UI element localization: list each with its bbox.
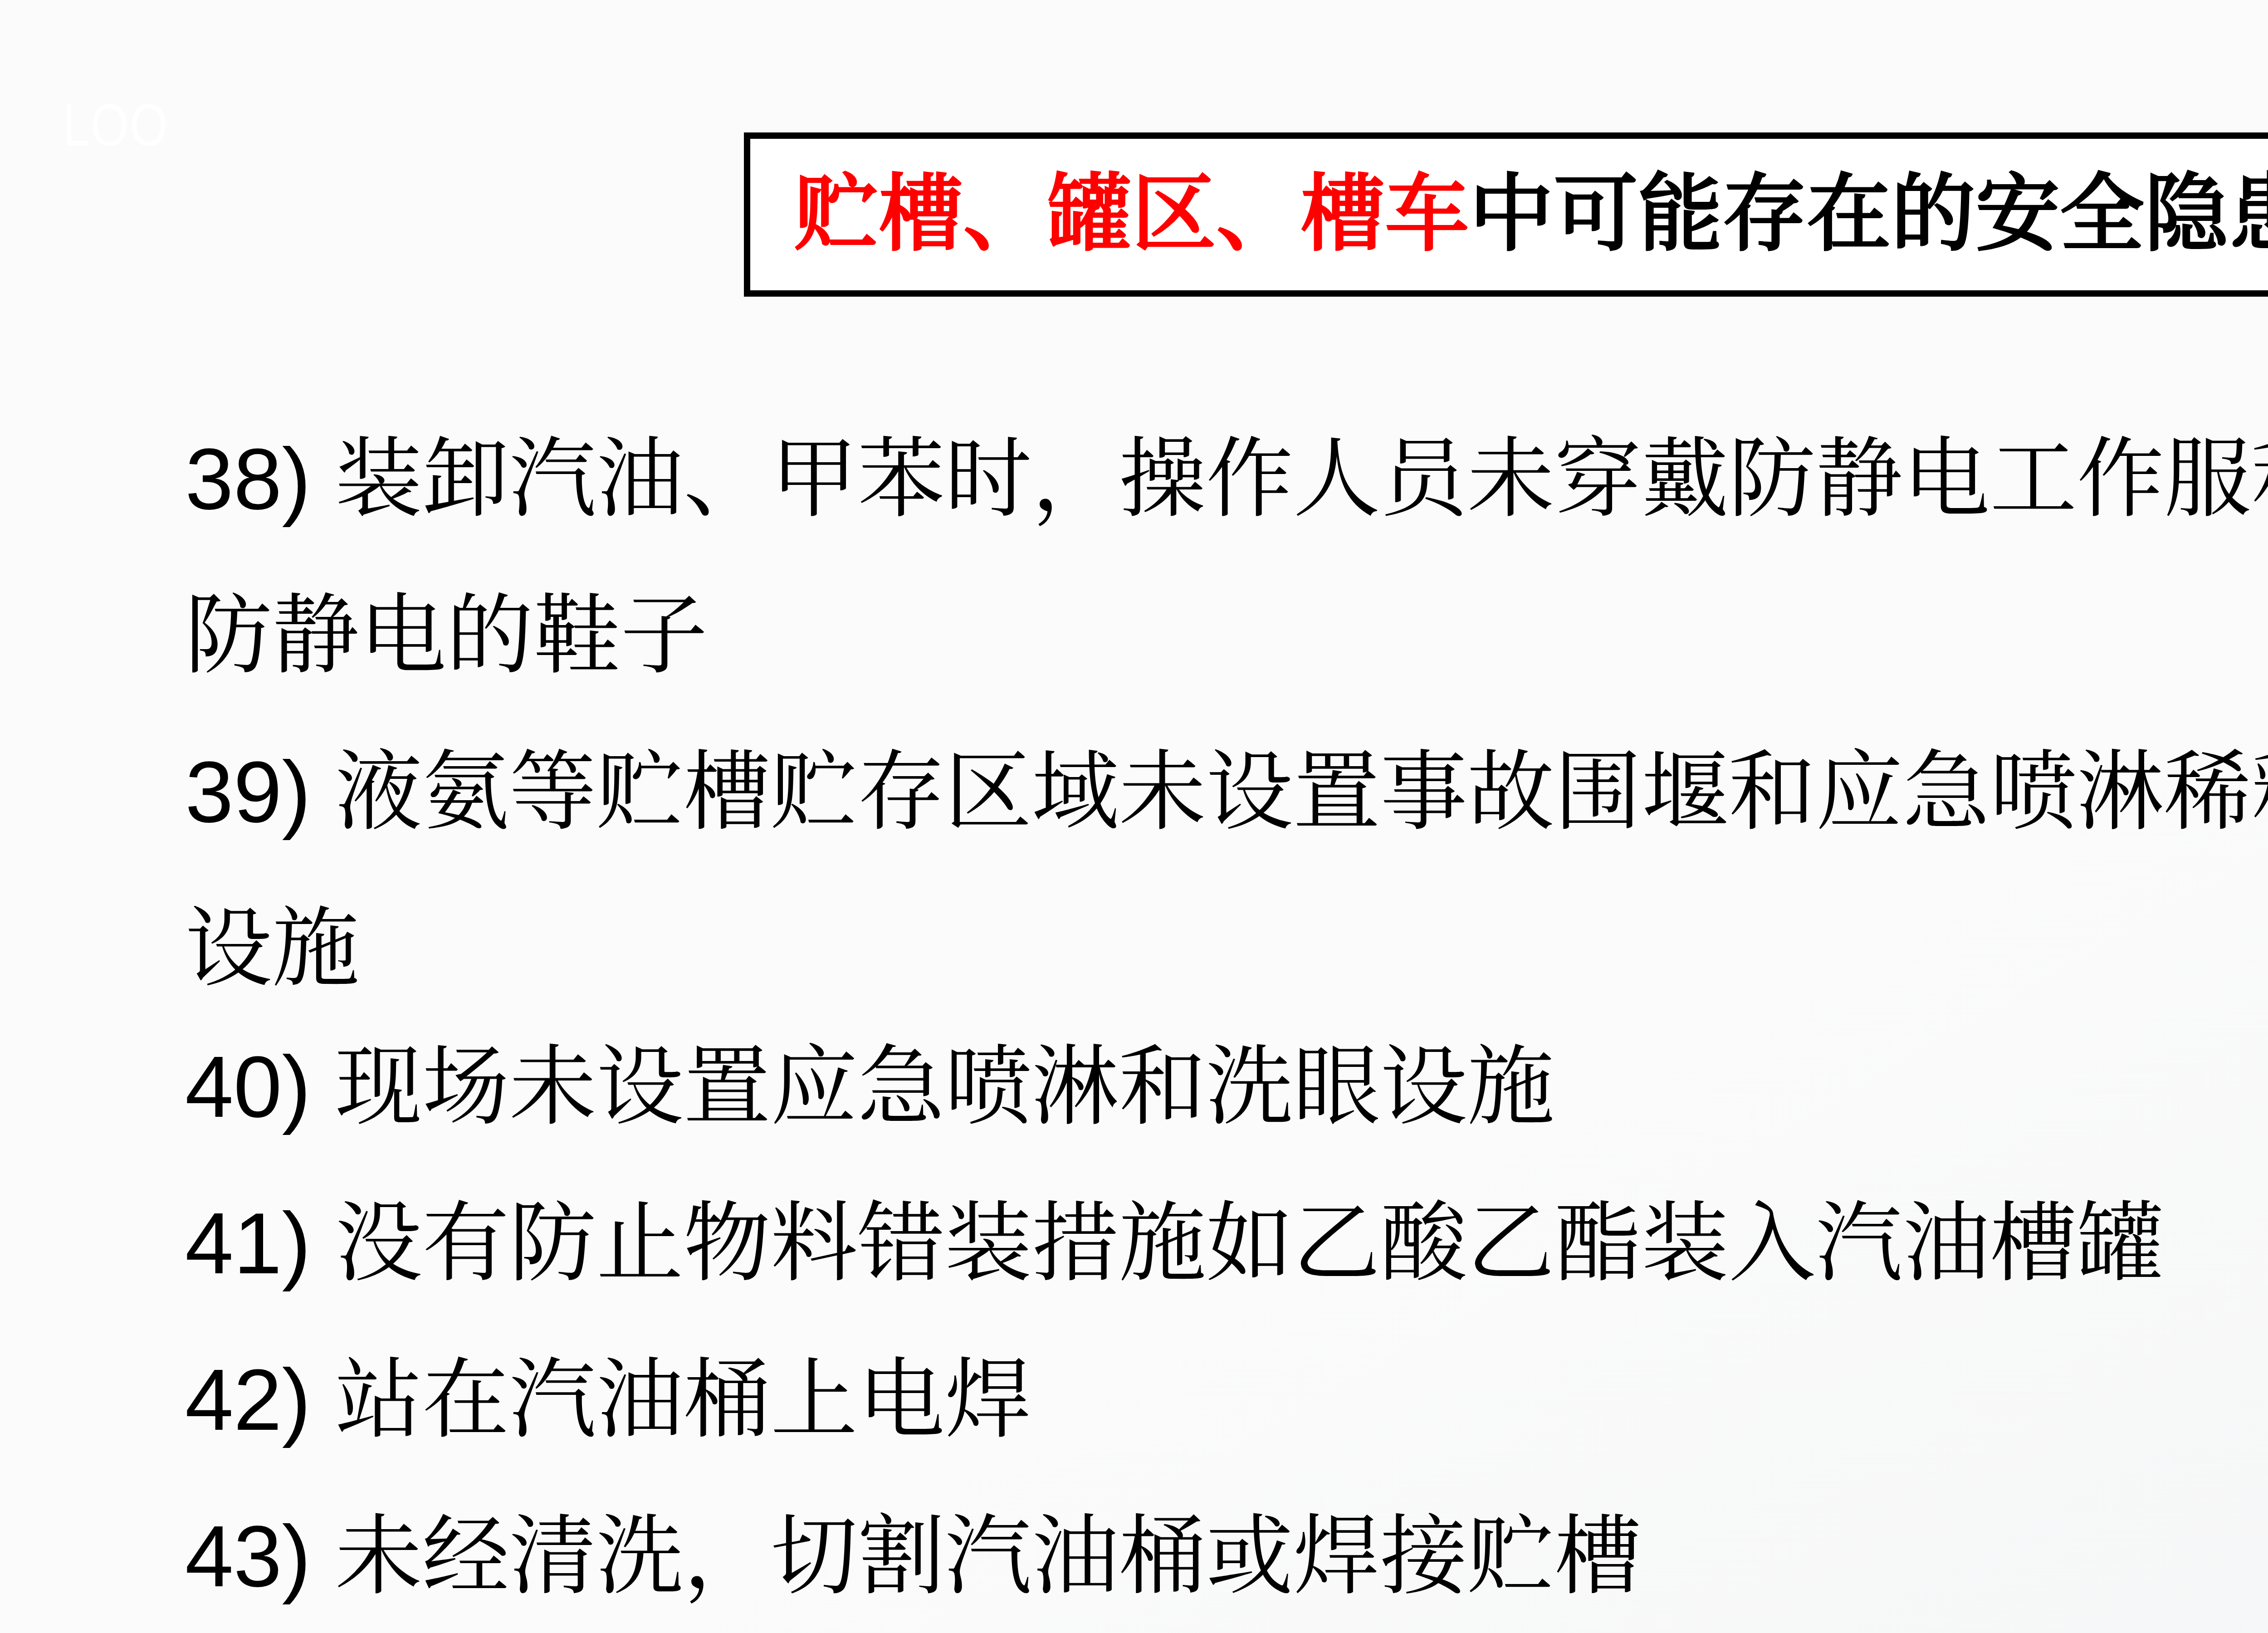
list-item-38: 38) 装卸汽油、甲苯时，操作人员未穿戴防静电工作服和 防静电的鞋子 bbox=[185, 401, 2268, 714]
list-item-line: 38) 装卸汽油、甲苯时，操作人员未穿戴防静电工作服和 bbox=[185, 401, 2268, 557]
hazard-list: 38) 装卸汽油、甲苯时，操作人员未穿戴防静电工作服和 防静电的鞋子 39) 液… bbox=[185, 401, 2268, 1633]
page-title: 贮槽、罐区、槽车中可能存在的安全隐患 bbox=[794, 172, 2268, 257]
list-item-line: 42) 站在汽油桶上电焊 bbox=[185, 1321, 2268, 1478]
list-item-line: 41) 没有防止物料错装措施如乙酸乙酯装入汽油槽罐 bbox=[185, 1165, 2268, 1321]
list-item-43: 43) 未经清洗，切割汽油桶或焊接贮槽 bbox=[185, 1478, 2268, 1633]
list-item-41: 41) 没有防止物料错装措施如乙酸乙酯装入汽油槽罐 bbox=[185, 1165, 2268, 1321]
list-item-line: 40) 现场未设置应急喷淋和洗眼设施 bbox=[185, 1008, 2268, 1165]
slide: LOO 贮槽、罐区、槽车中可能存在的安全隐患 38) 装卸汽油、甲苯时，操作人员… bbox=[0, 0, 2268, 1633]
title-box: 贮槽、罐区、槽车中可能存在的安全隐患 bbox=[744, 132, 2268, 297]
list-item-line: 设施 bbox=[185, 870, 2268, 1027]
list-item-40: 40) 现场未设置应急喷淋和洗眼设施 bbox=[185, 1008, 2268, 1165]
list-item-line: 43) 未经清洗，切割汽油桶或焊接贮槽 bbox=[185, 1478, 2268, 1633]
title-rest: 中可能存在的安全隐患 bbox=[1469, 167, 2268, 261]
list-item-42: 42) 站在汽油桶上电焊 bbox=[185, 1321, 2268, 1478]
list-item-line: 防静电的鞋子 bbox=[185, 557, 2268, 714]
list-item-line: 39) 液氨等贮槽贮存区域未设置事故围堰和应急喷淋稀释 bbox=[185, 714, 2268, 870]
title-highlight: 贮槽、罐区、槽车 bbox=[794, 167, 1469, 261]
list-item-39: 39) 液氨等贮槽贮存区域未设置事故围堰和应急喷淋稀释 设施 bbox=[185, 714, 2268, 1027]
